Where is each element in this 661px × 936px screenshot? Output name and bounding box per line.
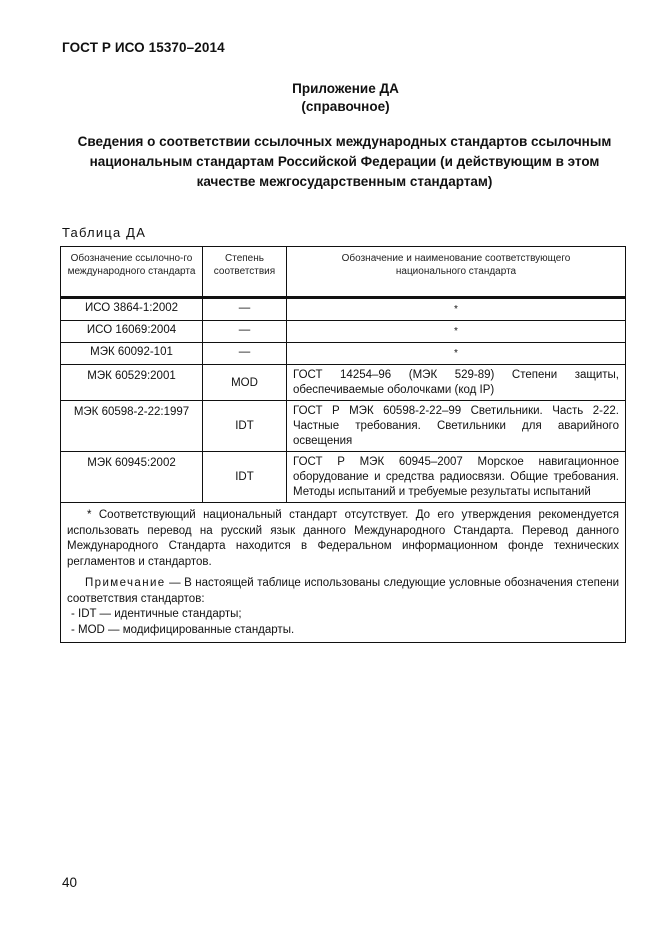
appendix-heading: Приложение ДА (справочное) xyxy=(15,80,661,116)
table-notes: * Соответствующий национальный стандарт … xyxy=(61,503,626,643)
degree-cell: — xyxy=(203,343,287,365)
intl-standard-cell: МЭК 60092-101 xyxy=(61,343,203,365)
national-standard-cell: ГОСТ Р МЭК 60598-2-22–99 Светильники. Ча… xyxy=(287,401,626,452)
national-standard-cell: ГОСТ 14254–96 (МЭК 529-89) Степени защит… xyxy=(287,365,626,401)
column-header-international: Обозначение ссылочно-го международного с… xyxy=(61,247,203,298)
column-header-national: Обозначение и наименование соответствующ… xyxy=(287,247,626,298)
intl-standard-cell: МЭК 60529:2001 xyxy=(61,365,203,401)
intl-standard-cell: МЭК 60945:2002 xyxy=(61,452,203,503)
appendix-subtitle: (справочное) xyxy=(15,98,661,116)
national-standard-cell: * xyxy=(287,321,626,343)
note-item-mod: - MOD — модифицированные стандарты. xyxy=(67,623,619,639)
table-row: ИСО 3864-1:2002 — * xyxy=(61,298,626,321)
table-notes-row: * Соответствующий национальный стандарт … xyxy=(61,503,626,643)
degree-cell: IDT xyxy=(203,452,287,503)
note-item-idt: - IDT — идентичные стандарты; xyxy=(67,607,619,623)
table-row: МЭК 60092-101 — * xyxy=(61,343,626,365)
degree-cell: — xyxy=(203,321,287,343)
correspondence-table: Обозначение ссылочно-го международного с… xyxy=(60,246,625,643)
degree-cell: MOD xyxy=(203,365,287,401)
table-caption: Таблица ДА xyxy=(62,225,146,240)
table-row: МЭК 60945:2002 IDT ГОСТ Р МЭК 60945–2007… xyxy=(61,452,626,503)
national-standard-cell: * xyxy=(287,298,626,321)
appendix-title: Приложение ДА xyxy=(15,80,661,98)
degree-cell: IDT xyxy=(203,401,287,452)
table-row: МЭК 60598-2-22:1997 IDT ГОСТ Р МЭК 60598… xyxy=(61,401,626,452)
intl-standard-cell: МЭК 60598-2-22:1997 xyxy=(61,401,203,452)
intl-standard-cell: ИСО 16069:2004 xyxy=(61,321,203,343)
table-row: ИСО 16069:2004 — * xyxy=(61,321,626,343)
table-footnote: * Соответствующий национальный стандарт … xyxy=(67,508,619,570)
table-note: Примечание — В настоящей таблице использ… xyxy=(67,576,619,607)
table-row: МЭК 60529:2001 MOD ГОСТ 14254–96 (МЭК 52… xyxy=(61,365,626,401)
note-label: Примечание xyxy=(85,577,166,589)
column-header-degree: Степень соответствия xyxy=(203,247,287,298)
national-standard-cell: ГОСТ Р МЭК 60945–2007 Морское навигацион… xyxy=(287,452,626,503)
page-number: 40 xyxy=(62,875,77,890)
national-standard-cell: * xyxy=(287,343,626,365)
degree-cell: — xyxy=(203,298,287,321)
section-title: Сведения о соответствии ссылочных междун… xyxy=(62,132,627,192)
intl-standard-cell: ИСО 3864-1:2002 xyxy=(61,298,203,321)
document-code: ГОСТ Р ИСО 15370–2014 xyxy=(62,40,225,55)
table-header-row: Обозначение ссылочно-го международного с… xyxy=(61,247,626,298)
